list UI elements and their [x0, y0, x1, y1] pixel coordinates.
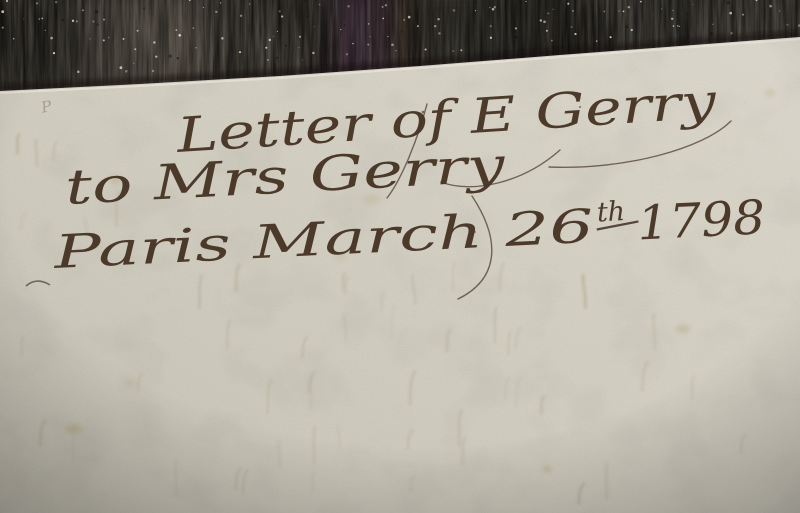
- photo-vignette: [0, 0, 800, 513]
- letter-photo: P Letter of E Gerry to Mrs Gerry Paris M…: [0, 0, 800, 513]
- photo-container: P Letter of E Gerry to Mrs Gerry Paris M…: [0, 0, 800, 513]
